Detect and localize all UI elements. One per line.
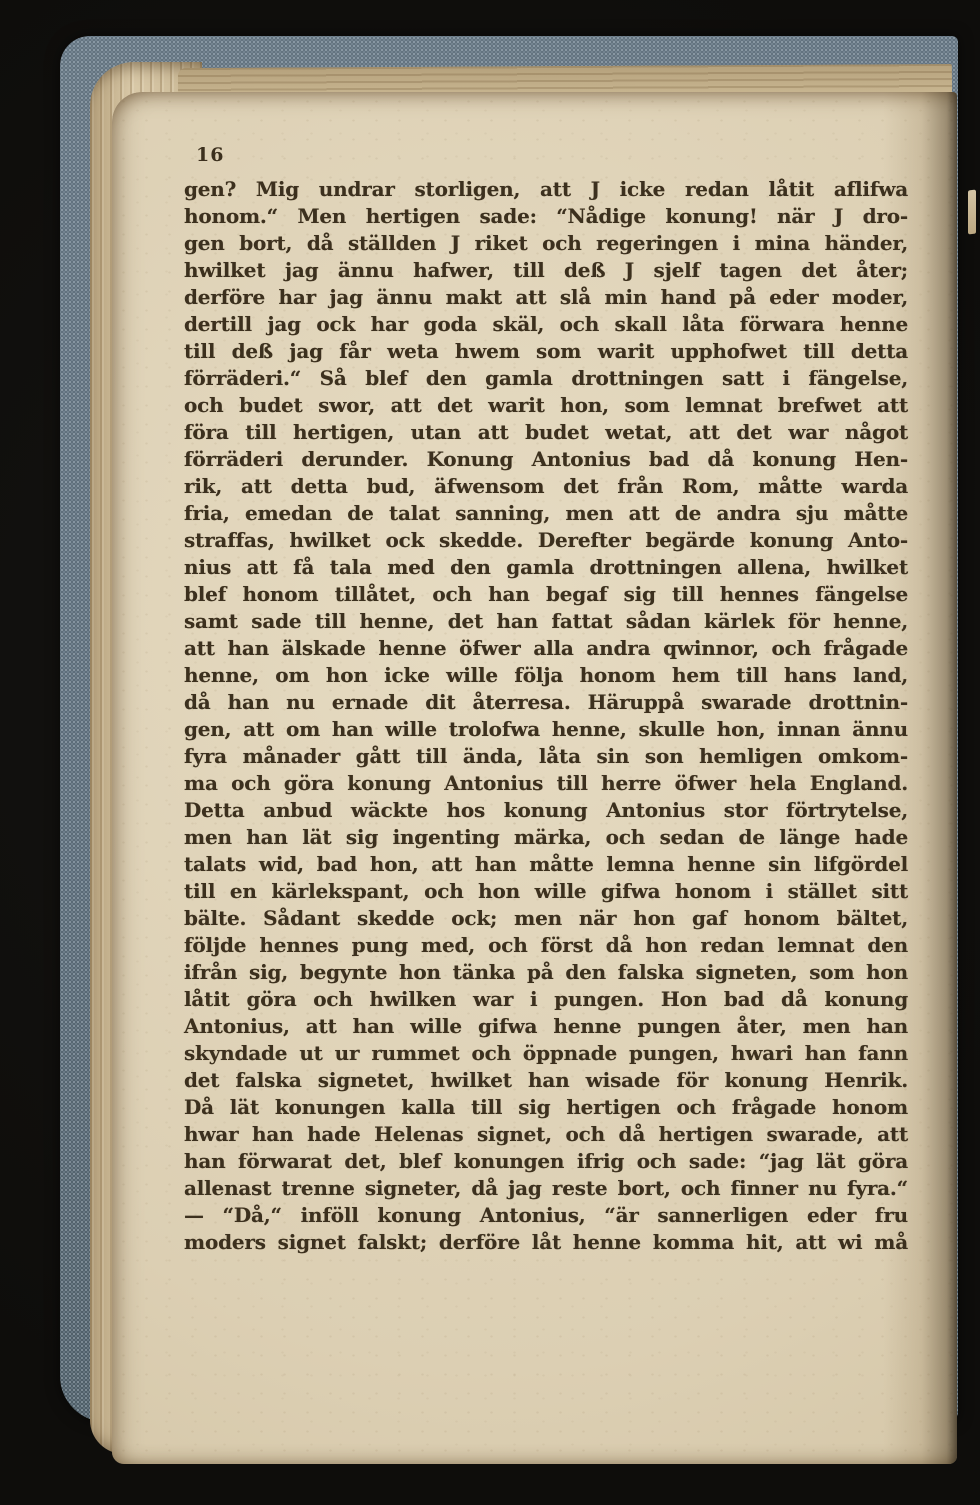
text-line: samt sade till henne, det han fattat såd… <box>184 608 908 635</box>
text-line: låtit göra och hwilken war i pungen. Hon… <box>184 986 908 1013</box>
page-text: gen? Mig undrar storligen, att J icke re… <box>184 176 908 1256</box>
photo-background: 16 gen? Mig undrar storligen, att J icke… <box>0 0 980 1505</box>
text-line: Detta anbud wäckte hos konung Antonius s… <box>184 797 908 824</box>
text-line: blef honom tillåtet, och han begaf sig t… <box>184 581 908 608</box>
text-line: fyra månader gått till ända, låta sin so… <box>184 743 908 770</box>
page-number: 16 <box>196 144 224 166</box>
text-line: henne, om hon icke wille följa honom hem… <box>184 662 908 689</box>
text-line: rik, att detta bud, äfwensom det från Ro… <box>184 473 908 500</box>
text-line: förräderi.“ Så blef den gamla drottninge… <box>184 365 908 392</box>
text-line: Antonius, att han wille gifwa henne pung… <box>184 1013 908 1040</box>
text-line: gen bort, då ställden J riket och regeri… <box>184 230 908 257</box>
text-line: nius att få tala med den gamla drottning… <box>184 554 908 581</box>
book-page: 16 gen? Mig undrar storligen, att J icke… <box>112 92 957 1464</box>
facing-page-sliver <box>968 190 976 235</box>
text-line: då han nu ernade dit återresa. Häruppå s… <box>184 689 908 716</box>
text-line: gen, att om han wille trolofwa henne, sk… <box>184 716 908 743</box>
text-line: fria, emedan de talat sanning, men att d… <box>184 500 908 527</box>
text-line: allenast trenne signeter, då jag reste b… <box>184 1175 908 1202</box>
text-line: till en kärlekspant, och hon wille gifwa… <box>184 878 908 905</box>
text-line: straffas, hwilket ock skedde. Derefter b… <box>184 527 908 554</box>
text-line: derföre har jag ännu makt att slå min ha… <box>184 284 908 311</box>
text-line: talats wid, bad hon, att han måtte lemna… <box>184 851 908 878</box>
text-line: Då lät konungen kalla till sig hertigen … <box>184 1094 908 1121</box>
text-line: skyndade ut ur rummet och öppnade pungen… <box>184 1040 908 1067</box>
text-line: det falska signetet, hwilket han wisade … <box>184 1067 908 1094</box>
text-line: hwar han hade Helenas signet, och då her… <box>184 1121 908 1148</box>
text-line: följde hennes pung med, och först då hon… <box>184 932 908 959</box>
text-line: bälte. Sådant skedde ock; men när hon ga… <box>184 905 908 932</box>
text-line: till deß jag får weta hwem som warit upp… <box>184 338 908 365</box>
text-line: förräderi derunder. Konung Antonius bad … <box>184 446 908 473</box>
text-line: ifrån sig, begynte hon tänka på den fals… <box>184 959 908 986</box>
text-line: och budet swor, att det warit hon, som l… <box>184 392 908 419</box>
text-line: hwilket jag ännu hafwer, till deß J sjel… <box>184 257 908 284</box>
text-line: moders signet falskt; derföre låt henne … <box>184 1229 908 1256</box>
text-line: ma och göra konung Antonius till herre ö… <box>184 770 908 797</box>
text-line: dertill jag ock har goda skäl, och skall… <box>184 311 908 338</box>
text-line: honom.“ Men hertigen sade: “Nådige konun… <box>184 203 908 230</box>
text-line: han förwarat det, blef konungen ifrig oc… <box>184 1148 908 1175</box>
text-line: men han lät sig ingenting märka, och sed… <box>184 824 908 851</box>
text-line: föra till hertigen, utan att budet wetat… <box>184 419 908 446</box>
text-line: att han älskade henne öfwer alla andra q… <box>184 635 908 662</box>
text-line: gen? Mig undrar storligen, att J icke re… <box>184 176 908 203</box>
text-line: — “Då,“ inföll konung Antonius, “är sann… <box>184 1202 908 1229</box>
